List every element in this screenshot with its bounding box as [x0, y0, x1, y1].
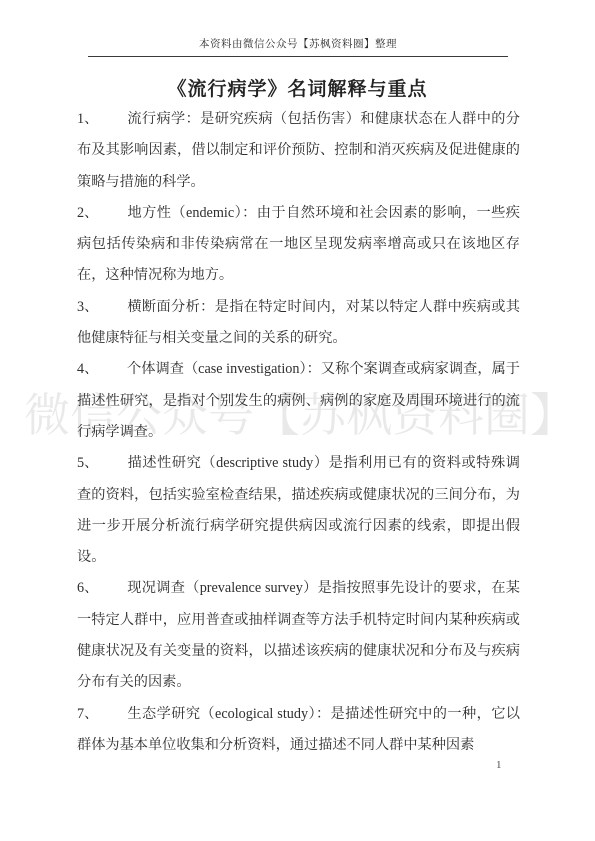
paragraph: 1、流行病学：是研究疾病（包括伤害）和健康状态在人群中的分布及其影响因素，借以制…: [77, 104, 520, 198]
paragraph: 7、生态学研究（ecological study）：是描述性研究中的一种，它以群…: [77, 699, 520, 762]
paragraph-text: 个体调查（case investigation）：又称个案调查或病家调查，属于描…: [77, 361, 520, 440]
paragraph-number: 4、: [77, 354, 127, 385]
paragraph-number: 2、: [77, 198, 127, 229]
paragraph-text: 生态学研究（ecological study）：是描述性研究中的一种，它以群体为…: [77, 706, 520, 753]
paragraph-number: 1、: [77, 104, 127, 135]
document-page: 本资料由微信公众号【苏枫资料圈】整理 《流行病学》名词解释与重点 微信公众号【苏…: [0, 0, 595, 841]
header-note: 本资料由微信公众号【苏枫资料圈】整理: [199, 39, 397, 50]
paragraph-number: 7、: [77, 699, 127, 730]
paragraph: 4、个体调查（case investigation）：又称个案调查或病家调查，属…: [77, 354, 520, 448]
page-header: 本资料由微信公众号【苏枫资料圈】整理: [88, 36, 508, 57]
paragraph-text: 地方性（endemic）：由于自然环境和社会因素的影响，一些疾病包括传染病和非传…: [77, 205, 520, 284]
paragraph-number: 6、: [77, 573, 127, 604]
document-title: 《流行病学》名词解释与重点: [0, 74, 595, 101]
paragraph-text: 描述性研究（descriptive study）是指利用已有的资料或特殊调查的资…: [77, 455, 520, 565]
paragraph: 6、现况调查（prevalence survey）是指按照事先设计的要求，在某一…: [77, 573, 520, 698]
paragraph-number: 3、: [77, 292, 127, 323]
paragraph-text: 现况调查（prevalence survey）是指按照事先设计的要求，在某一特定…: [77, 580, 520, 690]
paragraph-text: 横断面分析：是指在特定时间内，对某以特定人群中疾病或其他健康特征与相关变量之间的…: [77, 299, 520, 346]
paragraph-number: 5、: [77, 448, 127, 479]
page-number: 1: [496, 759, 502, 771]
document-body: 1、流行病学：是研究疾病（包括伤害）和健康状态在人群中的分布及其影响因素，借以制…: [77, 104, 520, 761]
paragraph: 5、描述性研究（descriptive study）是指利用已有的资料或特殊调查…: [77, 448, 520, 573]
paragraph: 3、横断面分析：是指在特定时间内，对某以特定人群中疾病或其他健康特征与相关变量之…: [77, 292, 520, 355]
paragraph-text: 流行病学：是研究疾病（包括伤害）和健康状态在人群中的分布及其影响因素，借以制定和…: [77, 111, 520, 190]
paragraph: 2、地方性（endemic）：由于自然环境和社会因素的影响，一些疾病包括传染病和…: [77, 198, 520, 292]
